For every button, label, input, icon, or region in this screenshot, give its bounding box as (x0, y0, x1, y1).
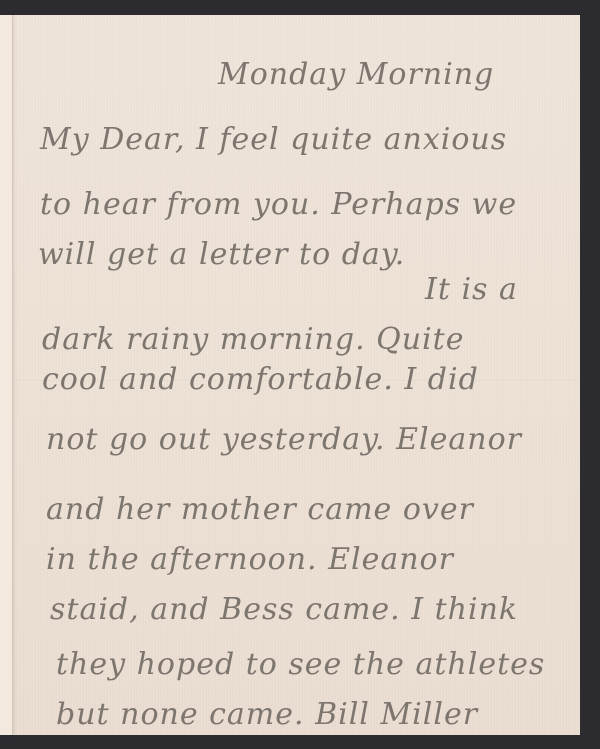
letter-line-12: but none came. Bill Miller (56, 700, 478, 730)
letter-line-10: staid, and Bess came. I think (50, 595, 518, 625)
fold-strip (0, 15, 13, 735)
letter-line-3: will get a letter to day. (38, 240, 405, 270)
letter-line-8: and her mother came over (46, 495, 474, 525)
letter-line-4: It is a (425, 275, 518, 305)
letter-line-6: cool and comfortable. I did (42, 365, 479, 395)
letter-heading: Monday Morning (218, 60, 494, 90)
letter-line-9: in the afternoon. Eleanor (46, 545, 454, 575)
letter-line-2: to hear from you. Perhaps we (40, 190, 517, 220)
letter-line-7: not go out yesterday. Eleanor (46, 425, 522, 455)
letter-line-11: they hoped to see the athletes (56, 650, 545, 680)
letter-page: Monday Morning My Dear, I feel quite anx… (0, 15, 580, 735)
letter-line-1: My Dear, I feel quite anxious (40, 125, 507, 155)
letter-line-5: dark rainy morning. Quite (42, 325, 464, 355)
